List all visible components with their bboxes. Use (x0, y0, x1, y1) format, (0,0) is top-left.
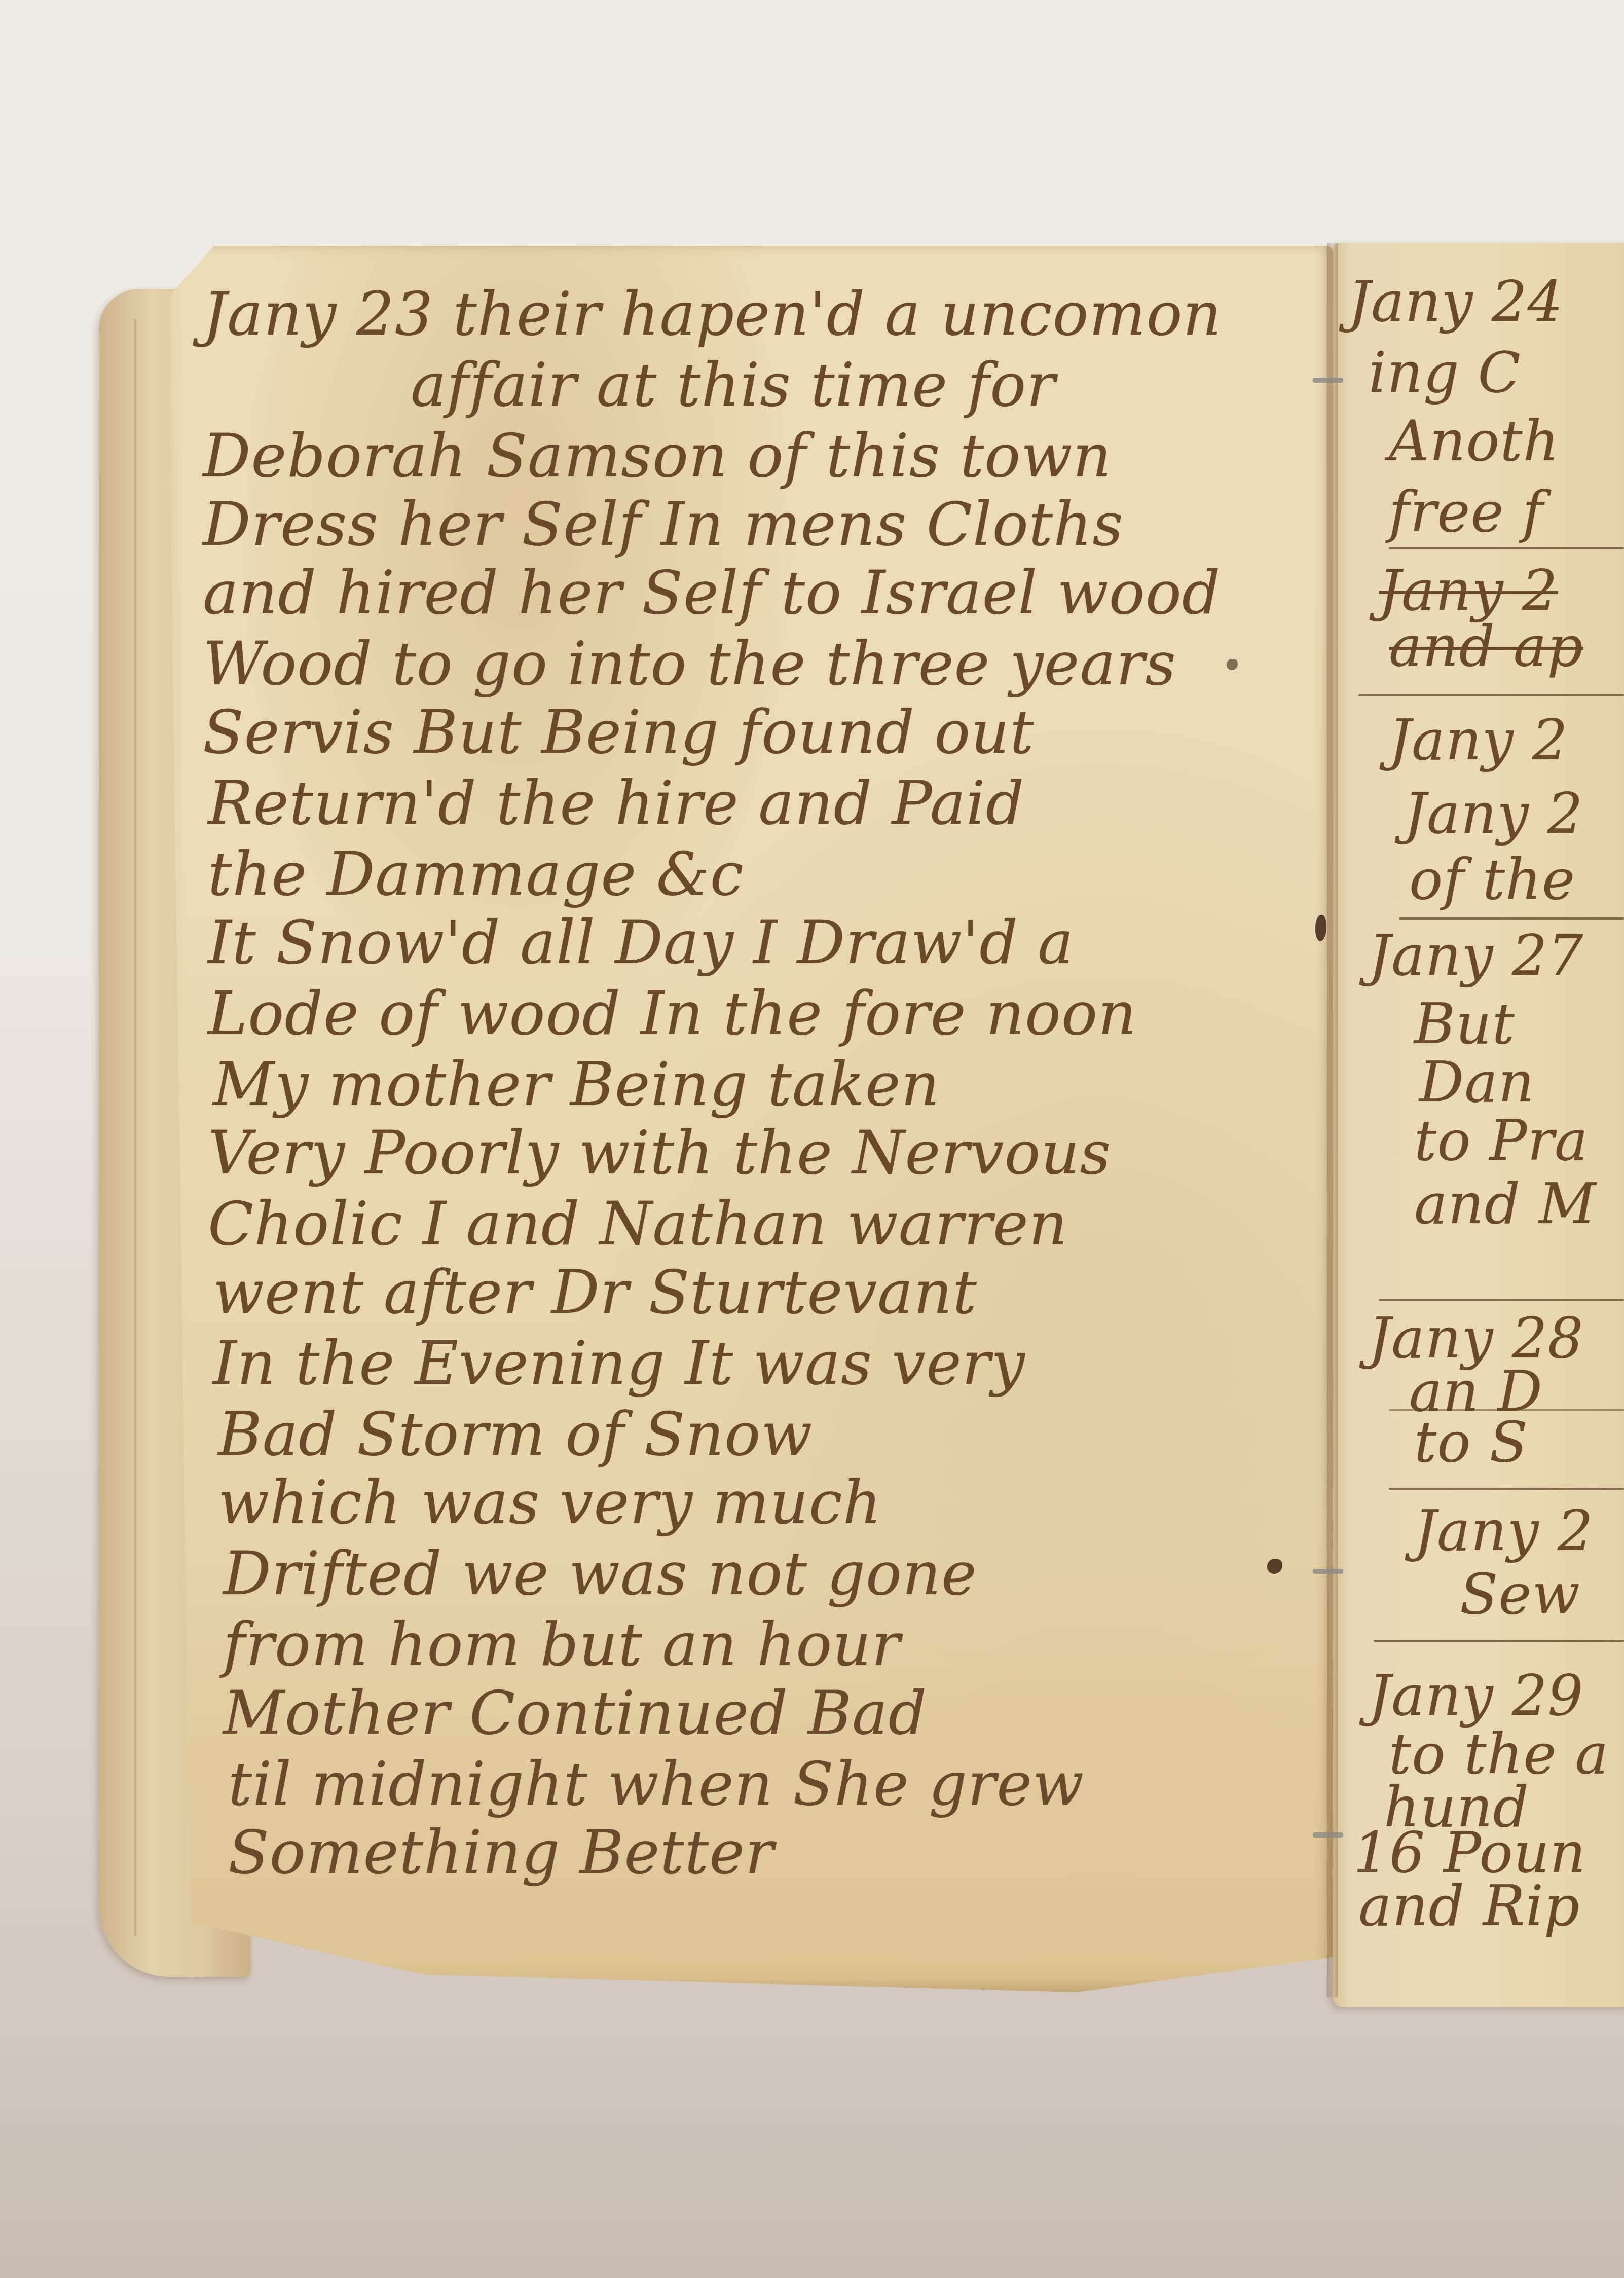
diary-line: Bad Storm of Snow (218, 1404, 813, 1464)
diary-line: affair at this time for (411, 355, 1056, 415)
diary-line: Return'd the hire and Paid (208, 773, 1024, 833)
diary-fragment: and M (1414, 1176, 1596, 1232)
diary-fragment: Jany 28 (1369, 1310, 1584, 1366)
entry-divider (1389, 1409, 1624, 1411)
diary-line: Lode of wood In the fore noon (208, 983, 1137, 1043)
diary-photo: Jany 23 their hapen'd a uncomon affair a… (0, 0, 1624, 2278)
diary-fragment: to S (1414, 1414, 1528, 1470)
diary-line: Drifted we was not gone (223, 1544, 977, 1603)
diary-fragment: of the (1409, 852, 1575, 907)
entry-divider (1389, 1488, 1624, 1490)
entry-divider (1379, 1299, 1624, 1301)
diary-line: Wood to go into the three years (203, 634, 1176, 693)
diary-line: from hom but an hour (223, 1614, 901, 1674)
diary-fragment: Jany 2 (1414, 1503, 1594, 1559)
diary-fragment: Jany 27 (1369, 928, 1584, 983)
diary-line: Dress her Self In mens Cloths (203, 494, 1124, 554)
diary-line: which was very much (218, 1473, 882, 1532)
diary-fragment: Anoth (1389, 413, 1560, 469)
entry-divider (1374, 1640, 1624, 1642)
entry-divider (1389, 547, 1624, 549)
binding-stitch (1313, 1832, 1343, 1838)
diary-line: the Dammage &c (208, 844, 744, 904)
diary-fragment-crossed: Jany 2 (1379, 563, 1558, 618)
diary-fragment: Dan (1419, 1054, 1535, 1110)
diary-line: It Snow'd all Day I Draw'd a (208, 912, 1074, 972)
binding-stitch (1313, 1569, 1343, 1574)
diary-line: Deborah Samson of this town (203, 426, 1112, 486)
diary-line: Something Better (228, 1822, 774, 1882)
diary-fragment: free f (1389, 484, 1543, 540)
diary-line: Very Poorly with the Nervous (208, 1123, 1111, 1183)
book-gutter (1327, 243, 1338, 1997)
diary-fragment: ing C (1369, 345, 1521, 400)
diary-fragment: Jany 2 (1389, 712, 1568, 768)
diary-fragment: Jany 29 (1369, 1668, 1584, 1723)
diary-fragment: Jany 2 (1404, 786, 1583, 841)
diary-fragment: to Pra (1414, 1113, 1589, 1168)
diary-line: Mother Continued Bad (223, 1683, 927, 1743)
diary-line: til midnight when She grew (228, 1754, 1084, 1814)
diary-line: went after Dr Sturtevant (213, 1262, 977, 1322)
binding-stitch (1313, 378, 1343, 383)
diary-fragment: Sew (1460, 1566, 1580, 1622)
diary-line: In the Evening It was very (213, 1333, 1025, 1393)
diary-fragment: to the a (1389, 1726, 1609, 1782)
diary-fragment: and Rip (1358, 1878, 1580, 1934)
entry-divider (1399, 917, 1624, 920)
diary-line: and hired her Self to Israel wood (203, 563, 1221, 622)
diary-fragment: But (1414, 996, 1515, 1052)
diary-line: Servis But Being found out (203, 702, 1035, 762)
entry-divider (1358, 694, 1624, 696)
diary-line: My mother Being taken (213, 1054, 940, 1114)
diary-fragment-crossed: and ap (1389, 618, 1583, 674)
diary-line: Jany 23 their hapen'd a uncomon (203, 284, 1222, 344)
diary-line: Cholic I and Nathan warren (208, 1194, 1068, 1254)
diary-fragment: Jany 24 (1348, 274, 1564, 329)
diary-fragment: 16 Poun (1353, 1825, 1586, 1881)
